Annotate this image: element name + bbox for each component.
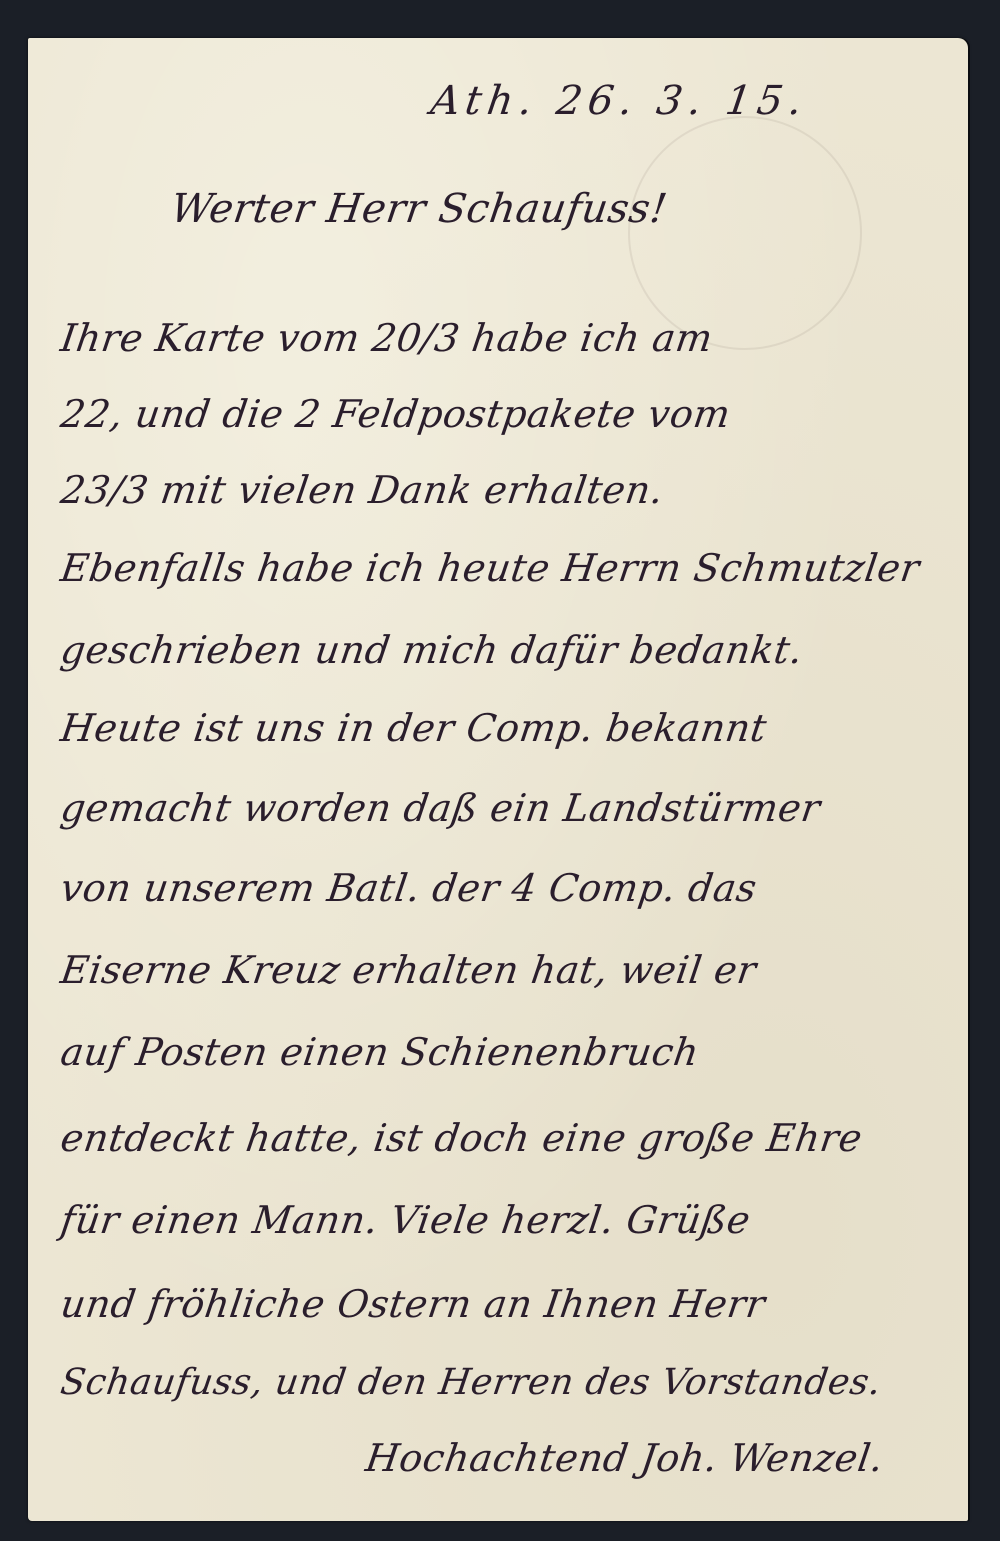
- body-line: Eiserne Kreuz erhalten hat, weil er: [58, 948, 759, 992]
- body-line: geschrieben und mich dafür bedankt.: [58, 628, 806, 672]
- body-line: entdeckt hatte, ist doch eine große Ehre: [58, 1116, 865, 1160]
- faded-postmark: [628, 116, 862, 350]
- body-line: Schaufuss, und den Herren des Vorstandes…: [58, 1362, 884, 1403]
- body-line: für einen Mann. Viele herzl. Grüße: [58, 1198, 753, 1242]
- body-line: gemacht worden daß ein Landstürmer: [58, 786, 823, 830]
- body-line: 23/3 mit vielen Dank erhalten.: [58, 468, 666, 512]
- postcard: Ath. 26. 3. 15. Werter Herr Schaufuss! I…: [28, 38, 968, 1521]
- signature: Hochachtend Joh. Wenzel.: [363, 1436, 886, 1480]
- body-line: von unserem Batl. der 4 Comp. das: [58, 866, 760, 910]
- body-line: Ihre Karte vom 20/3 habe ich am: [58, 316, 716, 360]
- date-line: Ath. 26. 3. 15.: [428, 78, 811, 124]
- body-line: 22, und die 2 Feldpostpakete vom: [58, 392, 733, 436]
- greeting: Werter Herr Schaufuss!: [168, 186, 670, 232]
- body-line: Ebenfalls habe ich heute Herrn Schmutzle…: [58, 546, 923, 590]
- body-line: und fröhliche Ostern an Ihnen Herr: [58, 1282, 768, 1326]
- body-line: auf Posten einen Schienenbruch: [58, 1030, 702, 1074]
- body-line: Heute ist uns in der Comp. bekannt: [58, 706, 770, 750]
